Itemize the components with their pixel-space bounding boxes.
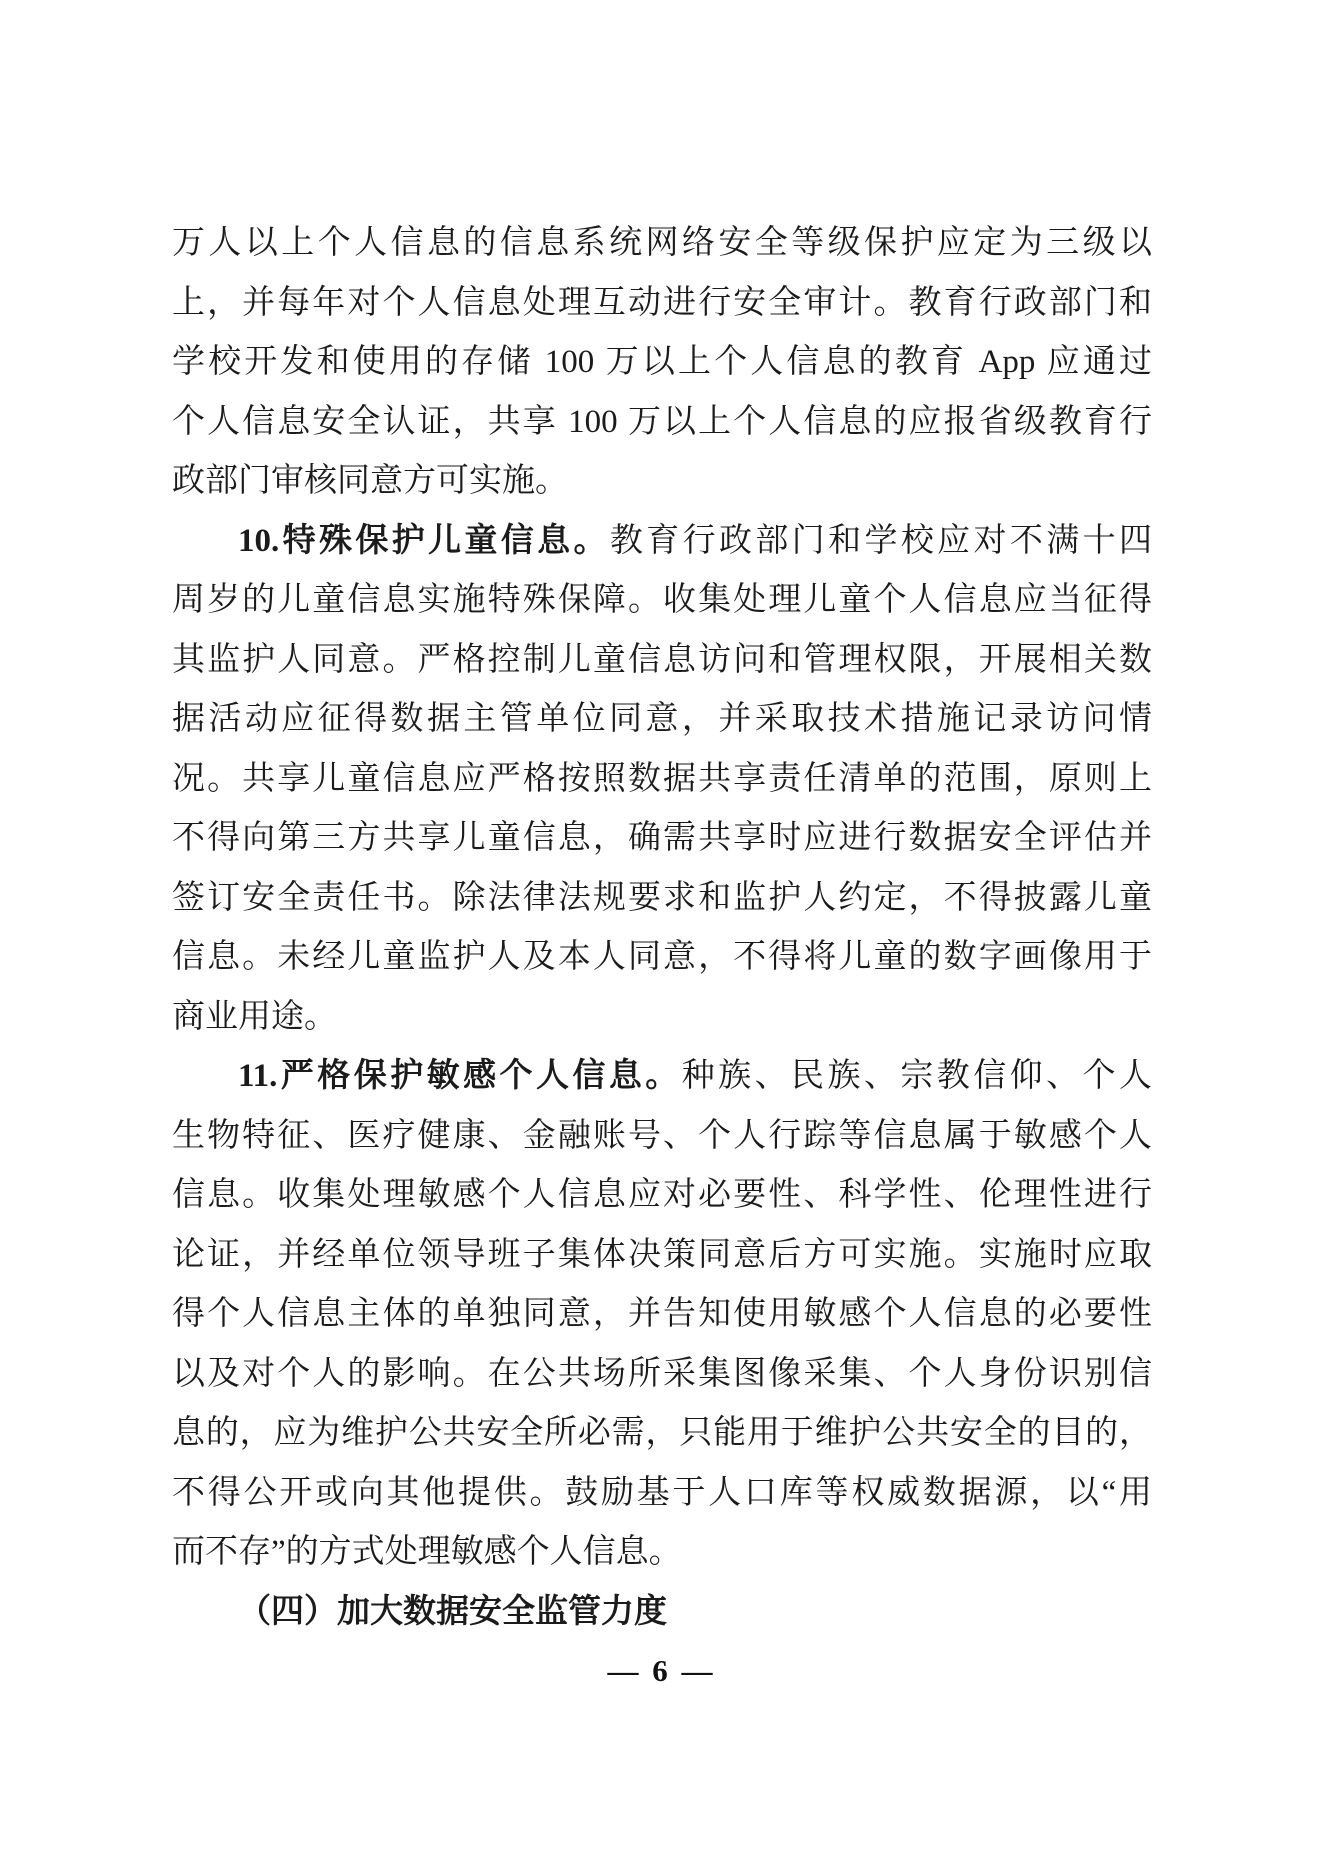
text-segment: 信息。收集处理敏感个人信息应对必要性、科学性、伦理性进行 (172, 1177, 1152, 1213)
text-segment: 个人信息安全认证，共享 100 万以上个人信息的应报省级教育行 (172, 404, 1152, 440)
text-line: 商业用途。 (172, 988, 1152, 1048)
page-number: — 6 — (0, 1641, 1323, 1701)
text-segment: 不得向第三方共享儿童信息，确需共享时应进行数据安全评估并 (172, 820, 1152, 856)
text-segment: 种族、民族、宗教信仰、个人 (682, 1058, 1152, 1094)
text-line: 11.严格保护敏感个人信息。种族、民族、宗教信仰、个人 (172, 1047, 1152, 1107)
text-line: 信息。收集处理敏感个人信息应对必要性、科学性、伦理性进行 (172, 1166, 1152, 1226)
text-line: 不得向第三方共享儿童信息，确需共享时应进行数据安全评估并 (172, 809, 1152, 869)
text-segment: 签订安全责任书。除法律法规要求和监护人约定，不得披露儿童 (172, 880, 1152, 916)
text-line: 上，并每年对个人信息处理互动进行安全审计。教育行政部门和 (172, 274, 1152, 334)
text-segment: 生物特征、医疗健康、金融账号、个人行踪等信息属于敏感个人 (172, 1118, 1152, 1154)
text-line: 据活动应征得数据主管单位同意，并采取技术措施记录访问情 (172, 690, 1152, 750)
text-line: 周岁的儿童信息实施特殊保障。收集处理儿童个人信息应当征得 (172, 571, 1152, 631)
text-line: 得个人信息主体的单独同意，并告知使用敏感个人信息的必要性 (172, 1285, 1152, 1345)
text-line: 信息。未经儿童监护人及本人同意，不得将儿童的数字画像用于 (172, 928, 1152, 988)
text-line: 个人信息安全认证，共享 100 万以上个人信息的应报省级教育行 (172, 393, 1152, 453)
heading-segment: 10.特殊保护儿童信息。 (238, 523, 610, 559)
text-line: 学校开发和使用的存储 100 万以上个人信息的教育 App 应通过 (172, 333, 1152, 393)
text-segment: 万人以上个人信息的信息系统网络安全等级保护应定为三级以 (172, 225, 1152, 261)
text-segment: 以及对个人的影响。在公共场所采集图像采集、个人身份识别信 (172, 1356, 1152, 1392)
text-segment: 息的，应为维护公共安全所必需，只能用于维护公共安全的目的， (172, 1415, 1152, 1451)
text-line: 生物特征、医疗健康、金融账号、个人行踪等信息属于敏感个人 (172, 1107, 1152, 1167)
text-line: 签订安全责任书。除法律法规要求和监护人约定，不得披露儿童 (172, 869, 1152, 929)
text-segment: 上，并每年对个人信息处理互动进行安全审计。教育行政部门和 (172, 285, 1152, 321)
text-line: 不得公开或向其他提供。鼓励基于人口库等权威数据源，以“用 (172, 1464, 1152, 1524)
text-line: 况。共享儿童信息应严格按照数据共享责任清单的范围，原则上 (172, 750, 1152, 810)
text-segment: 周岁的儿童信息实施特殊保障。收集处理儿童个人信息应当征得 (172, 582, 1152, 618)
text-segment: 况。共享儿童信息应严格按照数据共享责任清单的范围，原则上 (172, 761, 1152, 797)
text-segment: 其监护人同意。严格控制儿童信息访问和管理权限，开展相关数 (172, 642, 1152, 678)
heading-segment: （四）加大数据安全监管力度 (238, 1594, 667, 1630)
text-line: 其监护人同意。严格控制儿童信息访问和管理权限，开展相关数 (172, 631, 1152, 691)
heading-segment: 11.严格保护敏感个人信息。 (238, 1058, 682, 1094)
text-segment: 不得公开或向其他提供。鼓励基于人口库等权威数据源，以“用 (172, 1475, 1152, 1511)
document-body: 万人以上个人信息的信息系统网络安全等级保护应定为三级以上，并每年对个人信息处理互… (172, 214, 1152, 1642)
text-line: （四）加大数据安全监管力度 (172, 1583, 1152, 1643)
text-segment: 而不存”的方式处理敏感个人信息。 (172, 1534, 682, 1570)
text-line: 政部门审核同意方可实施。 (172, 452, 1152, 512)
text-line: 论证，并经单位领导班子集体决策同意后方可实施。实施时应取 (172, 1226, 1152, 1286)
text-segment: 商业用途。 (172, 999, 337, 1035)
text-line: 10.特殊保护儿童信息。教育行政部门和学校应对不满十四 (172, 512, 1152, 572)
text-segment: 得个人信息主体的单独同意，并告知使用敏感个人信息的必要性 (172, 1296, 1152, 1332)
text-segment: 教育行政部门和学校应对不满十四 (610, 523, 1152, 559)
text-segment: 论证，并经单位领导班子集体决策同意后方可实施。实施时应取 (172, 1237, 1152, 1273)
text-line: 而不存”的方式处理敏感个人信息。 (172, 1523, 1152, 1583)
text-segment: 学校开发和使用的存储 100 万以上个人信息的教育 App 应通过 (172, 344, 1152, 380)
text-line: 万人以上个人信息的信息系统网络安全等级保护应定为三级以 (172, 214, 1152, 274)
document-page: 万人以上个人信息的信息系统网络安全等级保护应定为三级以上，并每年对个人信息处理互… (0, 0, 1323, 1871)
text-segment: 信息。未经儿童监护人及本人同意，不得将儿童的数字画像用于 (172, 939, 1152, 975)
text-segment: 政部门审核同意方可实施。 (172, 463, 568, 499)
text-line: 以及对个人的影响。在公共场所采集图像采集、个人身份识别信 (172, 1345, 1152, 1405)
text-line: 息的，应为维护公共安全所必需，只能用于维护公共安全的目的， (172, 1404, 1152, 1464)
text-segment: 据活动应征得数据主管单位同意，并采取技术措施记录访问情 (172, 701, 1152, 737)
